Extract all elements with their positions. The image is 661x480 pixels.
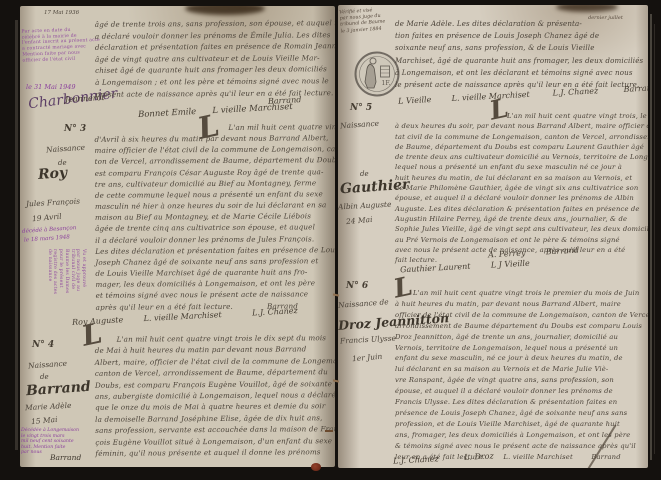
right-page: Vérifié et visépar nous juge dutribunal … <box>338 5 648 468</box>
manuscript-line: soixante neuf ans, sans profession, & de… <box>395 42 647 54</box>
revenue-stamp-seal-icon: 1F. <box>354 51 400 101</box>
manuscript-line: Marchiset, âgé de quarante huit ans from… <box>395 55 647 67</box>
manuscript-line: huit heures du matin, de lui déclarant e… <box>395 173 647 183</box>
manuscript-line: L'an mil huit cent quatre vingt trois le… <box>395 288 647 299</box>
manuscript-line: au Pré Vernois de Longemaison et ont le … <box>395 235 647 245</box>
entry3-surname: Roy <box>37 165 67 183</box>
margin-date-note: 17 Mai 1936 <box>44 10 79 16</box>
manuscript-line: de Marie Philomène Gauthier, âgée de vin… <box>395 183 647 193</box>
manuscript-line: lui déclarant en sa maison au Vernois et… <box>395 364 647 375</box>
entry6-date: 1er Juin <box>352 352 383 364</box>
mention-note-line: mil neuf cent soixante <box>21 439 79 445</box>
entry4-de: de <box>40 373 49 381</box>
manuscript-line: Sophie Jules Vieille, âgé de vingt sept … <box>395 224 647 234</box>
entry4-date: 15 Mai <box>31 415 58 426</box>
page-stack-edge <box>654 24 655 454</box>
manuscript-line: officier de l'état civil de la commune d… <box>395 310 647 321</box>
entry4-purple-note: Décédée à Longemaisonle vingt trois mars… <box>21 428 79 456</box>
page-stack-edge <box>650 14 652 460</box>
manuscript-line: à huit heures du matin, par devant nous … <box>395 299 647 310</box>
ink-smudge <box>185 6 265 15</box>
entry3-death-mention-line1: décédé à Besançon <box>22 225 77 235</box>
manuscript-line: à Longemaison, et ont les déclarant et t… <box>395 67 647 79</box>
manuscript-line: L'an mil huit cent quatre vingt trois, l… <box>395 111 647 121</box>
entry4-number: N° 4 <box>32 340 54 350</box>
manuscript-line: vre Ranspant, âgée de vingt quatre ans, … <box>395 375 647 386</box>
entry3-date: 19 Avril <box>32 212 62 224</box>
act-3-text: L'an mil huit cent quatre vingt trois, l… <box>94 121 335 312</box>
act-4-text: L'an mil huit cent quatre vingt trois le… <box>95 332 335 459</box>
manuscript-line: présence de Louis Joseph Chanez, âgé de … <box>395 408 647 419</box>
manuscript-line: & témoins signé avec nous le présent act… <box>395 441 647 452</box>
wax-seal-spot <box>311 463 321 471</box>
manuscript-line: féminin, qu'il nous présente et auquel i… <box>95 446 335 459</box>
entry3-number: N° 3 <box>64 124 86 134</box>
corner-marginal-note: Vérifié et visépar nous juge dutribunal … <box>339 7 386 35</box>
left-page: 17 Mai 1936 Par acte en date ducélébré à… <box>20 6 335 467</box>
entry4-margin-signature: Barrand <box>50 453 81 462</box>
entry4-label: Naissance <box>28 359 68 371</box>
entry5-date: 24 Mai <box>346 215 373 226</box>
stamp-text-line: par nous juge au <box>75 249 81 313</box>
entry5-label: Naissance <box>340 119 380 131</box>
manuscript-line: et témoins signé avec nous le présent ac… <box>96 288 335 301</box>
manuscript-line: profession, et de Louis Vieille Marchise… <box>395 419 647 430</box>
mention-note-line: Décédée à Longemaison <box>21 428 79 434</box>
stamp-text-line: tribunal civil de <box>69 249 75 313</box>
act-continuation-text: âgé de trente trois ans, sans profession… <box>95 17 335 100</box>
entry5-given-names: Albin Auguste <box>338 200 392 212</box>
manuscript-line: Augustin Hilaire Perrey, âgé de trente d… <box>395 214 647 224</box>
entry3-label: Naissance <box>46 143 86 155</box>
stamp-text-line: de naissance <box>46 249 52 313</box>
manuscript-line: de Marie Adèle. Les dites déclaration & … <box>395 18 647 30</box>
binding-stitch <box>325 430 333 432</box>
manuscript-line: Auguste. Les dites déclaration & présent… <box>395 204 647 214</box>
stamp-text-line: pour le présent <box>57 249 63 313</box>
entry6-number: N° 6 <box>346 281 368 291</box>
manuscript-line: Droz Jeannitton, âgé de trente un ans, j… <box>395 332 647 343</box>
manuscript-line: Francis Ulysse. Les dites déclaration & … <box>395 397 647 408</box>
entry6-given-names: Francis Ulysse <box>340 334 396 346</box>
entry6-label: Naissance de <box>338 297 389 310</box>
manuscript-line: enfant du sexe masculin, né ce jour à de… <box>395 353 647 364</box>
act-5-text: L'an mil huit cent quatre vingt trois, l… <box>395 111 647 265</box>
entry4-surname: Barrand <box>26 379 92 399</box>
manuscript-line: à deux heures du soir, par devant nous B… <box>395 121 647 131</box>
entry5-de: de <box>360 170 369 178</box>
manuscript-line: tion faites en présence de Louis Joseph … <box>395 30 647 42</box>
entry3-death-mention-line2: le 18 mars 1948 <box>24 234 70 243</box>
ink-smudge <box>556 5 618 12</box>
entry3-given-names: Jules François <box>26 197 80 209</box>
manuscript-line: Vernois, territoire de Longemaison, lequ… <box>395 343 647 354</box>
stamp-text-line: Vu et approuvé <box>80 249 86 313</box>
manuscript-line: épouse, et auquel il a déclaré vouloir d… <box>395 386 647 397</box>
manuscript-line: lequel nous a présenté un enfant du sexe… <box>395 162 647 172</box>
stamp-text-line: Baume les Dames <box>63 249 69 313</box>
entry4-given-names: Marie Adèle <box>25 401 72 412</box>
stamp-date-note: le 31 Mai 1949 <box>26 83 76 91</box>
manuscript-line: arrondissement de Baume département du D… <box>395 321 647 332</box>
manuscript-line: de trente deux ans cultivateur domicilié… <box>395 152 647 162</box>
manuscript-line: de Baume, département du Doubs est compa… <box>395 142 647 152</box>
manuscript-line: tat civil de la commune de Longemaison, … <box>395 132 647 142</box>
entry5-number: N° 5 <box>350 103 372 113</box>
stamp-text-line: registre des actes <box>52 249 58 313</box>
manuscript-register-scan: 17 Mai 1936 Par acte en date ducélébré à… <box>0 0 661 480</box>
page-stack-edge <box>15 20 18 450</box>
act-continuation-text: de Marie Adèle. Les dites déclaration & … <box>395 18 647 91</box>
svg-text:1F.: 1F. <box>382 80 391 87</box>
vertical-mention-stamp: Vu et approuvépar nous juge autribunal c… <box>22 249 86 313</box>
manuscript-line: épouse, et auquel il a déclaré vouloir d… <box>395 193 647 203</box>
